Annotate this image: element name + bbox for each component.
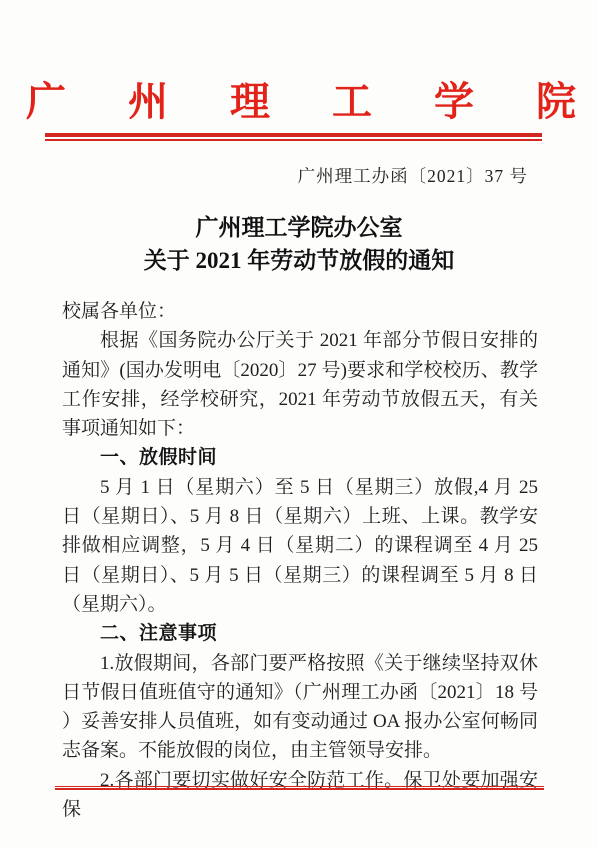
body-paragraph: 5 月 1 日（星期六）至 5 日（星期三）放假,4 月 25 日（星期日）、5… bbox=[62, 473, 538, 619]
body-paragraph: 1.放假期间，各部门要严格按照《关于继续坚持双休日节假日值班值守的通知》（广州理… bbox=[62, 649, 538, 766]
notice-body: 校属各单位： 根据《国务院办公厅关于 2021 年部分节假日安排的通知》(国办发… bbox=[62, 297, 538, 824]
notice-title-line2: 关于 2021 年劳动节放假的通知 bbox=[0, 244, 598, 277]
letterhead-divider-line bbox=[45, 133, 542, 141]
notice-title: 广州理工学院办公室 关于 2021 年劳动节放假的通知 bbox=[0, 211, 598, 277]
section-heading-1: 一、放假时间 bbox=[62, 443, 538, 472]
section-heading-2: 二、注意事项 bbox=[62, 619, 538, 648]
salutation: 校属各单位： bbox=[62, 297, 538, 326]
notice-title-line1: 广州理工学院办公室 bbox=[0, 211, 598, 244]
body-paragraph: 根据《国务院办公厅关于 2021 年部分节假日安排的通知》(国办发明电〔2020… bbox=[62, 326, 538, 443]
document-number: 广州理工办函〔2021〕37 号 bbox=[298, 163, 528, 188]
footer-divider-line bbox=[55, 786, 544, 790]
document-page: 广 州 理 工 学 院 广州理工办函〔2021〕37 号 广州理工学院办公室 关… bbox=[0, 0, 598, 847]
letterhead-org-name: 广 州 理 工 学 院 bbox=[0, 70, 598, 127]
body-paragraph: 2.各部门要切实做好安全防范工作。保卫处要加强安保 bbox=[62, 766, 538, 825]
